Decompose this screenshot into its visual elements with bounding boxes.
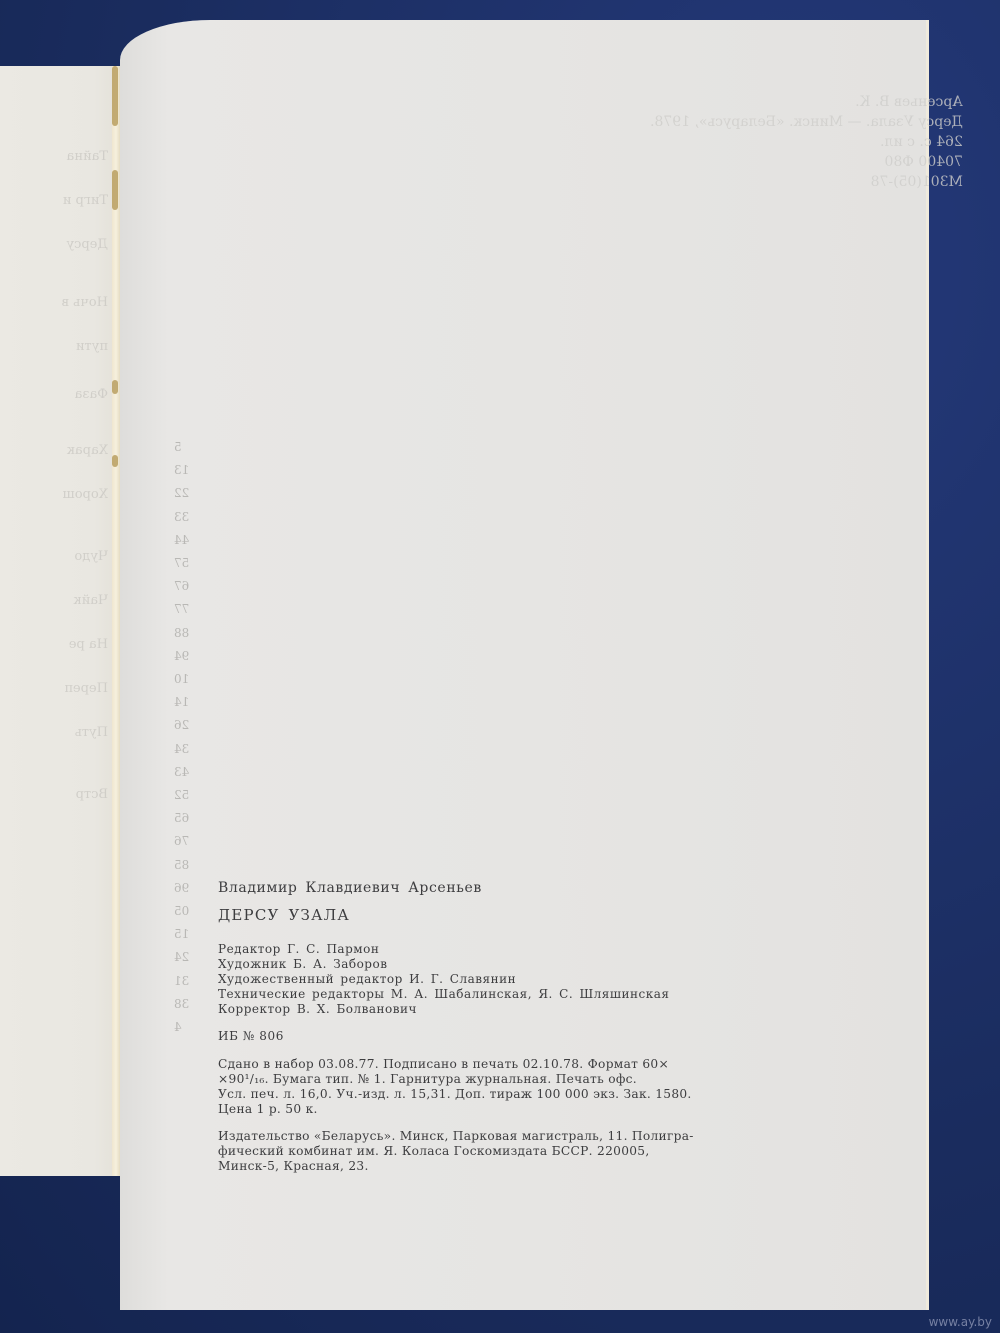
bleed-page-number: 10: [174, 668, 200, 691]
page-numbers-bleed: 5132233445767778894101426344352657685960…: [174, 436, 200, 1039]
left-bleed-line: Тайна: [0, 146, 118, 168]
left-page: ТайнаТигр иДерсуНочь впутиФазаХаракХорош…: [0, 66, 118, 1176]
left-bleed-line: На ре: [0, 634, 118, 656]
bleed-page-number: 76: [174, 830, 200, 853]
bleed-page-number: 34: [174, 738, 200, 761]
bleed-line: 264 с. с ил.: [650, 132, 963, 152]
bleed-page-number: 96: [174, 877, 200, 900]
bleed-page-number: 43: [174, 761, 200, 784]
print-data: Сдано в набор 03.08.77. Подписано в печа…: [218, 1057, 738, 1117]
bleed-page-number: 77: [174, 598, 200, 621]
print-data-line: Цена 1 р. 50 к.: [218, 1102, 738, 1117]
bleed-page-number: 65: [174, 807, 200, 830]
bleed-page-number: 15: [174, 923, 200, 946]
print-data-line: Усл. печ. л. 16,0. Уч.-изд. л. 15,31. До…: [218, 1087, 738, 1102]
imprint-block: Владимир Клавдиевич Арсеньев ДЕРСУ УЗАЛА…: [218, 880, 738, 1174]
left-bleed-line: пути: [0, 336, 118, 358]
credit-line: Корректор В. Х. Болванович: [218, 1002, 738, 1017]
print-data-line: ×90¹/₁₆. Бумага тип. № 1. Гарнитура журн…: [218, 1072, 738, 1087]
show-through-text: Арсеньев В. К.Дерсу Узала. — Минск. «Бел…: [650, 92, 963, 192]
bleed-page-number: 94: [174, 645, 200, 668]
bleed-page-number: 85: [174, 854, 200, 877]
bleed-page-number: 24: [174, 946, 200, 969]
bleed-line: Арсеньев В. К.: [650, 92, 963, 112]
bleed-page-number: 26: [174, 714, 200, 737]
bleed-page-number: 22: [174, 482, 200, 505]
bleed-page-number: 52: [174, 784, 200, 807]
book-title: ДЕРСУ УЗАЛА: [218, 906, 738, 924]
bleed-page-number: 5: [174, 436, 200, 459]
bleed-page-number: 38: [174, 993, 200, 1016]
credit-line: Художественный редактор И. Г. Славянин: [218, 972, 738, 987]
bleed-page-number: 4: [174, 1016, 200, 1039]
publisher-info: Издательство «Беларусь». Минск, Парковая…: [218, 1129, 738, 1174]
left-bleed-line: Встр: [0, 784, 118, 806]
bleed-line: Дерсу Узала. — Минск. «Беларусь», 1978.: [650, 112, 963, 132]
left-bleed-line: Тигр и: [0, 190, 118, 212]
print-data-line: Сдано в набор 03.08.77. Подписано в печа…: [218, 1057, 738, 1072]
left-bleed-line: Фаза: [0, 384, 118, 406]
ib-number: ИБ № 806: [218, 1029, 738, 1043]
bleed-page-number: 31: [174, 970, 200, 993]
left-bleed-line: Чайк: [0, 590, 118, 612]
bleed-line: 70400 Ф80: [650, 152, 963, 172]
author-name: Владимир Клавдиевич Арсеньев: [218, 880, 738, 896]
left-bleed-line: Дерсу: [0, 234, 118, 256]
credit-line: Редактор Г. С. Пармон: [218, 942, 738, 957]
bleed-page-number: 05: [174, 900, 200, 923]
bleed-page-number: 67: [174, 575, 200, 598]
glue-stain: [112, 66, 118, 126]
publisher-line: Минск-5, Красная, 23.: [218, 1159, 738, 1174]
glue-stain: [112, 380, 118, 394]
book-spine: [112, 66, 120, 1176]
left-page-bleed-text: ТайнаТигр иДерсуНочь впутиФазаХаракХорош…: [0, 66, 118, 1176]
left-bleed-line: Чудо: [0, 546, 118, 568]
left-bleed-line: Переп: [0, 678, 118, 700]
credits-list: Редактор Г. С. Пармон Художник Б. А. Заб…: [218, 942, 738, 1017]
left-bleed-line: Ночь в: [0, 292, 118, 314]
bleed-page-number: 13: [174, 459, 200, 482]
left-bleed-line: Хорош: [0, 484, 118, 506]
credit-line: Художник Б. А. Заборов: [218, 957, 738, 972]
publisher-line: Издательство «Беларусь». Минск, Парковая…: [218, 1129, 738, 1144]
left-bleed-line: Харак: [0, 440, 118, 462]
bleed-page-number: 14: [174, 691, 200, 714]
bleed-page-number: 88: [174, 622, 200, 645]
glue-stain: [112, 170, 118, 210]
credit-line: Технические редакторы М. А. Шабалинская,…: [218, 987, 738, 1002]
bleed-page-number: 44: [174, 529, 200, 552]
bleed-page-number: 57: [174, 552, 200, 575]
watermark: www.ay.by: [929, 1315, 992, 1329]
publisher-line: фический комбинат им. Я. Коласа Госкомиз…: [218, 1144, 738, 1159]
left-bleed-line: Путь: [0, 722, 118, 744]
bleed-line: М301(05)-78: [650, 172, 963, 192]
bleed-page-number: 33: [174, 506, 200, 529]
page-edge: [926, 20, 929, 1310]
glue-stain: [112, 455, 118, 467]
